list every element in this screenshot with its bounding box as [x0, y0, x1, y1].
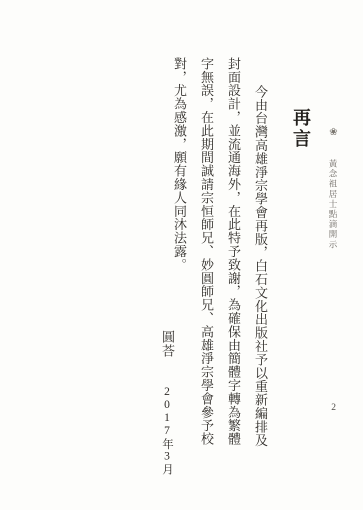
text-column: 封面設計，並流通海外，在此特予致謝，為確保由簡體字轉為繁體 — [220, 57, 247, 457]
signature-date: 2017年3月 — [159, 386, 175, 476]
book-page: ❀ 黃念祖居士點滴開示 再言 今由台灣高雄淨宗學會再版，白石文化出版社予以重新編… — [0, 0, 363, 510]
text-column: 字無誤，在此期間誠請宗恒師兄、妙圓師兄、高雄淨宗學會參予校 — [193, 57, 220, 457]
text-column: 今由台灣高雄淨宗學會再版，白石文化出版社予以重新編排及 — [247, 57, 274, 457]
signature-name: 圓荅 — [160, 330, 175, 358]
flower-ornament-icon: ❀ — [326, 127, 340, 138]
preface-body: 今由台灣高雄淨宗學會再版，白石文化出版社予以重新編排及封面設計，並流通海外，在此… — [166, 57, 274, 457]
page-number: 2 — [331, 403, 336, 413]
running-header-text: 黃念祖居士點滴開示 — [328, 159, 338, 250]
signature-block: 圓荅 2017年3月 — [158, 330, 177, 476]
running-header: ❀ 黃念祖居士點滴開示 — [326, 127, 340, 250]
chapter-title: 再言 — [288, 108, 314, 150]
